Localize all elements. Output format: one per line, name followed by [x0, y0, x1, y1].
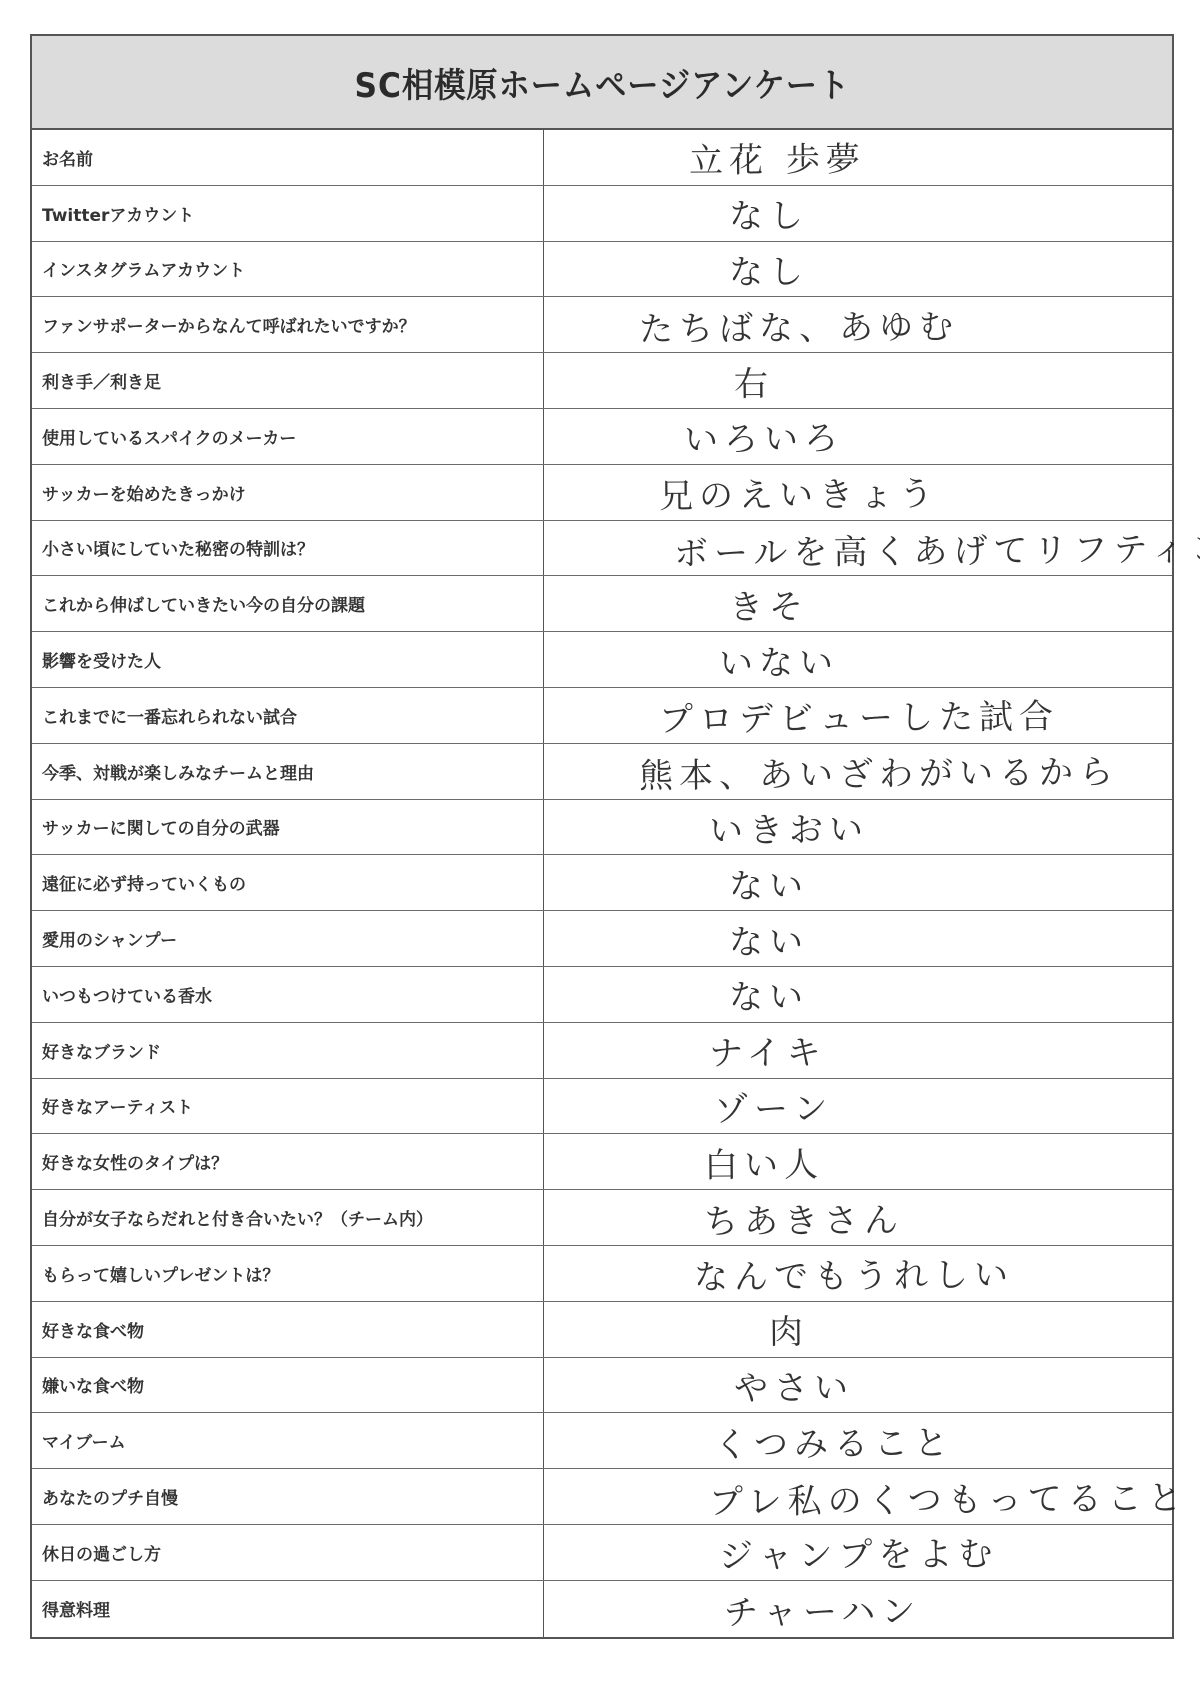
question-label: 自分が女子ならだれと付き合いたい？（チーム内） [32, 1190, 544, 1245]
survey-form: SC相模原ホームページアンケート お名前 立花 歩夢 Twitterアカウント … [30, 34, 1174, 1639]
survey-row-27: 得意料理 チャーハン [32, 1581, 1172, 1637]
answer-cell: きそ [544, 576, 1172, 631]
answer-cell: 立花 歩夢 [544, 130, 1172, 185]
handwritten-answer: プロデビューした試合 [659, 689, 1059, 741]
answer-cell: ない [544, 967, 1172, 1022]
handwritten-answer: プレ私のくつもってること [709, 1470, 1188, 1523]
question-label: 休日の過ごし方 [32, 1525, 544, 1580]
question-label: 使用しているスパイクのメーカー [32, 409, 544, 464]
answer-cell: なんでもうれしい [544, 1246, 1172, 1301]
question-label: 好きな食べ物 [32, 1302, 544, 1357]
question-label: 利き手／利き足 [32, 353, 544, 408]
survey-row-8: 小さい頃にしていた秘密の特訓は？ ボールを高くあげてリフティング [32, 521, 1172, 577]
answer-cell: プロデビューした試合 [544, 688, 1172, 743]
question-label: いつもつけている香水 [32, 967, 544, 1022]
answer-cell: 右 [544, 353, 1172, 408]
handwritten-answer: ジャンプをよむ [719, 1527, 999, 1578]
survey-row-11: これまでに一番忘れられない試合 プロデビューした試合 [32, 688, 1172, 744]
survey-row-4: ファンサポーターからなんて呼ばれたいですか？ たちばな、あゆむ [32, 297, 1172, 353]
answer-cell: いろいろ [544, 409, 1172, 464]
question-label: マイブーム [32, 1413, 544, 1468]
survey-row-9: これから伸ばしていきたい今の自分の課題 きそ [32, 576, 1172, 632]
survey-row-7: サッカーを始めたきっかけ 兄のえいきょう [32, 465, 1172, 521]
handwritten-answer: 右 [734, 356, 774, 405]
survey-table: お名前 立花 歩夢 Twitterアカウント なし インスタグラムアカウント な… [32, 130, 1172, 1637]
question-label: 小さい頃にしていた秘密の特訓は？ [32, 521, 544, 576]
handwritten-answer: 肉 [769, 1304, 809, 1353]
survey-row-26: 休日の過ごし方 ジャンプをよむ [32, 1525, 1172, 1581]
answer-cell: ない [544, 855, 1172, 910]
handwritten-answer: なし [729, 188, 809, 238]
handwritten-answer: ない [729, 914, 809, 964]
survey-row-12: 今季、対戦が楽しみなチームと理由 熊本、あいざわがいるから [32, 744, 1172, 800]
question-label: お名前 [32, 130, 544, 185]
handwritten-answer: チャーハン [724, 1583, 922, 1634]
answer-cell: ゾーン [544, 1079, 1172, 1134]
answer-cell: なし [544, 242, 1172, 297]
answer-cell: 肉 [544, 1302, 1172, 1357]
question-label: 好きなブランド [32, 1023, 544, 1078]
answer-cell: ない [544, 911, 1172, 966]
answer-cell: ジャンプをよむ [544, 1525, 1172, 1580]
survey-row-10: 影響を受けた人 いない [32, 632, 1172, 688]
survey-row-20: 自分が女子ならだれと付き合いたい？（チーム内） ちあきさん [32, 1190, 1172, 1246]
handwritten-answer: きそ [729, 579, 809, 629]
handwritten-answer: たちばな、あゆむ [639, 299, 959, 351]
title-bar: SC相模原ホームページアンケート [32, 36, 1172, 130]
survey-row-24: マイブーム くつみること [32, 1413, 1172, 1469]
answer-cell: チャーハン [544, 1581, 1172, 1637]
question-label: Twitterアカウント [32, 186, 544, 241]
survey-row-17: 好きなブランド ナイキ [32, 1023, 1172, 1079]
handwritten-answer: なんでもうれしい [694, 1247, 1014, 1299]
question-label: もらって嬉しいプレゼントは？ [32, 1246, 544, 1301]
handwritten-answer: なし [729, 244, 809, 294]
handwritten-answer: ない [729, 858, 809, 908]
answer-cell: 白い人 [544, 1134, 1172, 1189]
survey-row-2: Twitterアカウント なし [32, 186, 1172, 242]
handwritten-answer: いろいろ [684, 411, 844, 461]
question-label: サッカーを始めたきっかけ [32, 465, 544, 520]
answer-cell: ボールを高くあげてリフティング [544, 521, 1172, 576]
answer-cell: いきおい [544, 800, 1172, 855]
handwritten-answer: 立花 歩夢 [689, 132, 866, 183]
question-label: これまでに一番忘れられない試合 [32, 688, 544, 743]
survey-row-19: 好きな女性のタイプは？ 白い人 [32, 1134, 1172, 1190]
survey-row-5: 利き手／利き足 右 [32, 353, 1172, 409]
question-label: 影響を受けた人 [32, 632, 544, 687]
answer-cell: 熊本、あいざわがいるから [544, 744, 1172, 799]
answer-cell: くつみること [544, 1413, 1172, 1468]
survey-row-21: もらって嬉しいプレゼントは？ なんでもうれしい [32, 1246, 1172, 1302]
survey-row-18: 好きなアーティスト ゾーン [32, 1079, 1172, 1135]
question-label: 愛用のシャンプー [32, 911, 544, 966]
survey-row-6: 使用しているスパイクのメーカー いろいろ [32, 409, 1172, 465]
survey-row-14: 遠征に必ず持っていくもの ない [32, 855, 1172, 911]
handwritten-answer: やさい [734, 1360, 854, 1410]
survey-row-15: 愛用のシャンプー ない [32, 911, 1172, 967]
answer-cell: ナイキ [544, 1023, 1172, 1078]
survey-row-16: いつもつけている香水 ない [32, 967, 1172, 1023]
survey-row-22: 好きな食べ物 肉 [32, 1302, 1172, 1358]
answer-cell: やさい [544, 1358, 1172, 1413]
handwritten-answer: ちあきさん [704, 1192, 904, 1243]
question-label: 今季、対戦が楽しみなチームと理由 [32, 744, 544, 799]
survey-row-25: あなたのプチ自慢 プレ私のくつもってること [32, 1469, 1172, 1525]
answer-cell: プレ私のくつもってること [544, 1469, 1172, 1524]
answer-cell: たちばな、あゆむ [544, 297, 1172, 352]
question-label: ファンサポーターからなんて呼ばれたいですか？ [32, 297, 544, 352]
handwritten-answer: いない [719, 635, 839, 685]
question-label: 遠征に必ず持っていくもの [32, 855, 544, 910]
survey-row-23: 嫌いな食べ物 やさい [32, 1358, 1172, 1414]
answer-cell: いない [544, 632, 1172, 687]
handwritten-answer: 熊本、あいざわがいるから [639, 745, 1119, 798]
question-label: これから伸ばしていきたい今の自分の課題 [32, 576, 544, 631]
handwritten-answer: くつみること [714, 1415, 954, 1466]
survey-row-1: お名前 立花 歩夢 [32, 130, 1172, 186]
form-title: SC相模原ホームページアンケート [354, 58, 850, 107]
survey-row-3: インスタグラムアカウント なし [32, 242, 1172, 298]
question-label: 好きな女性のタイプは？ [32, 1134, 544, 1189]
handwritten-answer: 白い人 [704, 1137, 824, 1187]
handwritten-answer: いきおい [709, 802, 869, 852]
question-label: 好きなアーティスト [32, 1079, 544, 1134]
survey-row-13: サッカーに関しての自分の武器 いきおい [32, 800, 1172, 856]
handwritten-answer: ナイキ [709, 1025, 827, 1075]
handwritten-answer: ゾーン [714, 1081, 834, 1131]
answer-cell: ちあきさん [544, 1190, 1172, 1245]
question-label: あなたのプチ自慢 [32, 1469, 544, 1524]
handwritten-answer: 兄のえいきょう [659, 466, 939, 517]
question-label: インスタグラムアカウント [32, 242, 544, 297]
answer-cell: なし [544, 186, 1172, 241]
handwritten-answer: ない [729, 969, 809, 1019]
question-label: 嫌いな食べ物 [32, 1358, 544, 1413]
question-label: 得意料理 [32, 1581, 544, 1637]
answer-cell: 兄のえいきょう [544, 465, 1172, 520]
handwritten-answer: ボールを高くあげてリフティング [674, 521, 1200, 575]
question-label: サッカーに関しての自分の武器 [32, 800, 544, 855]
